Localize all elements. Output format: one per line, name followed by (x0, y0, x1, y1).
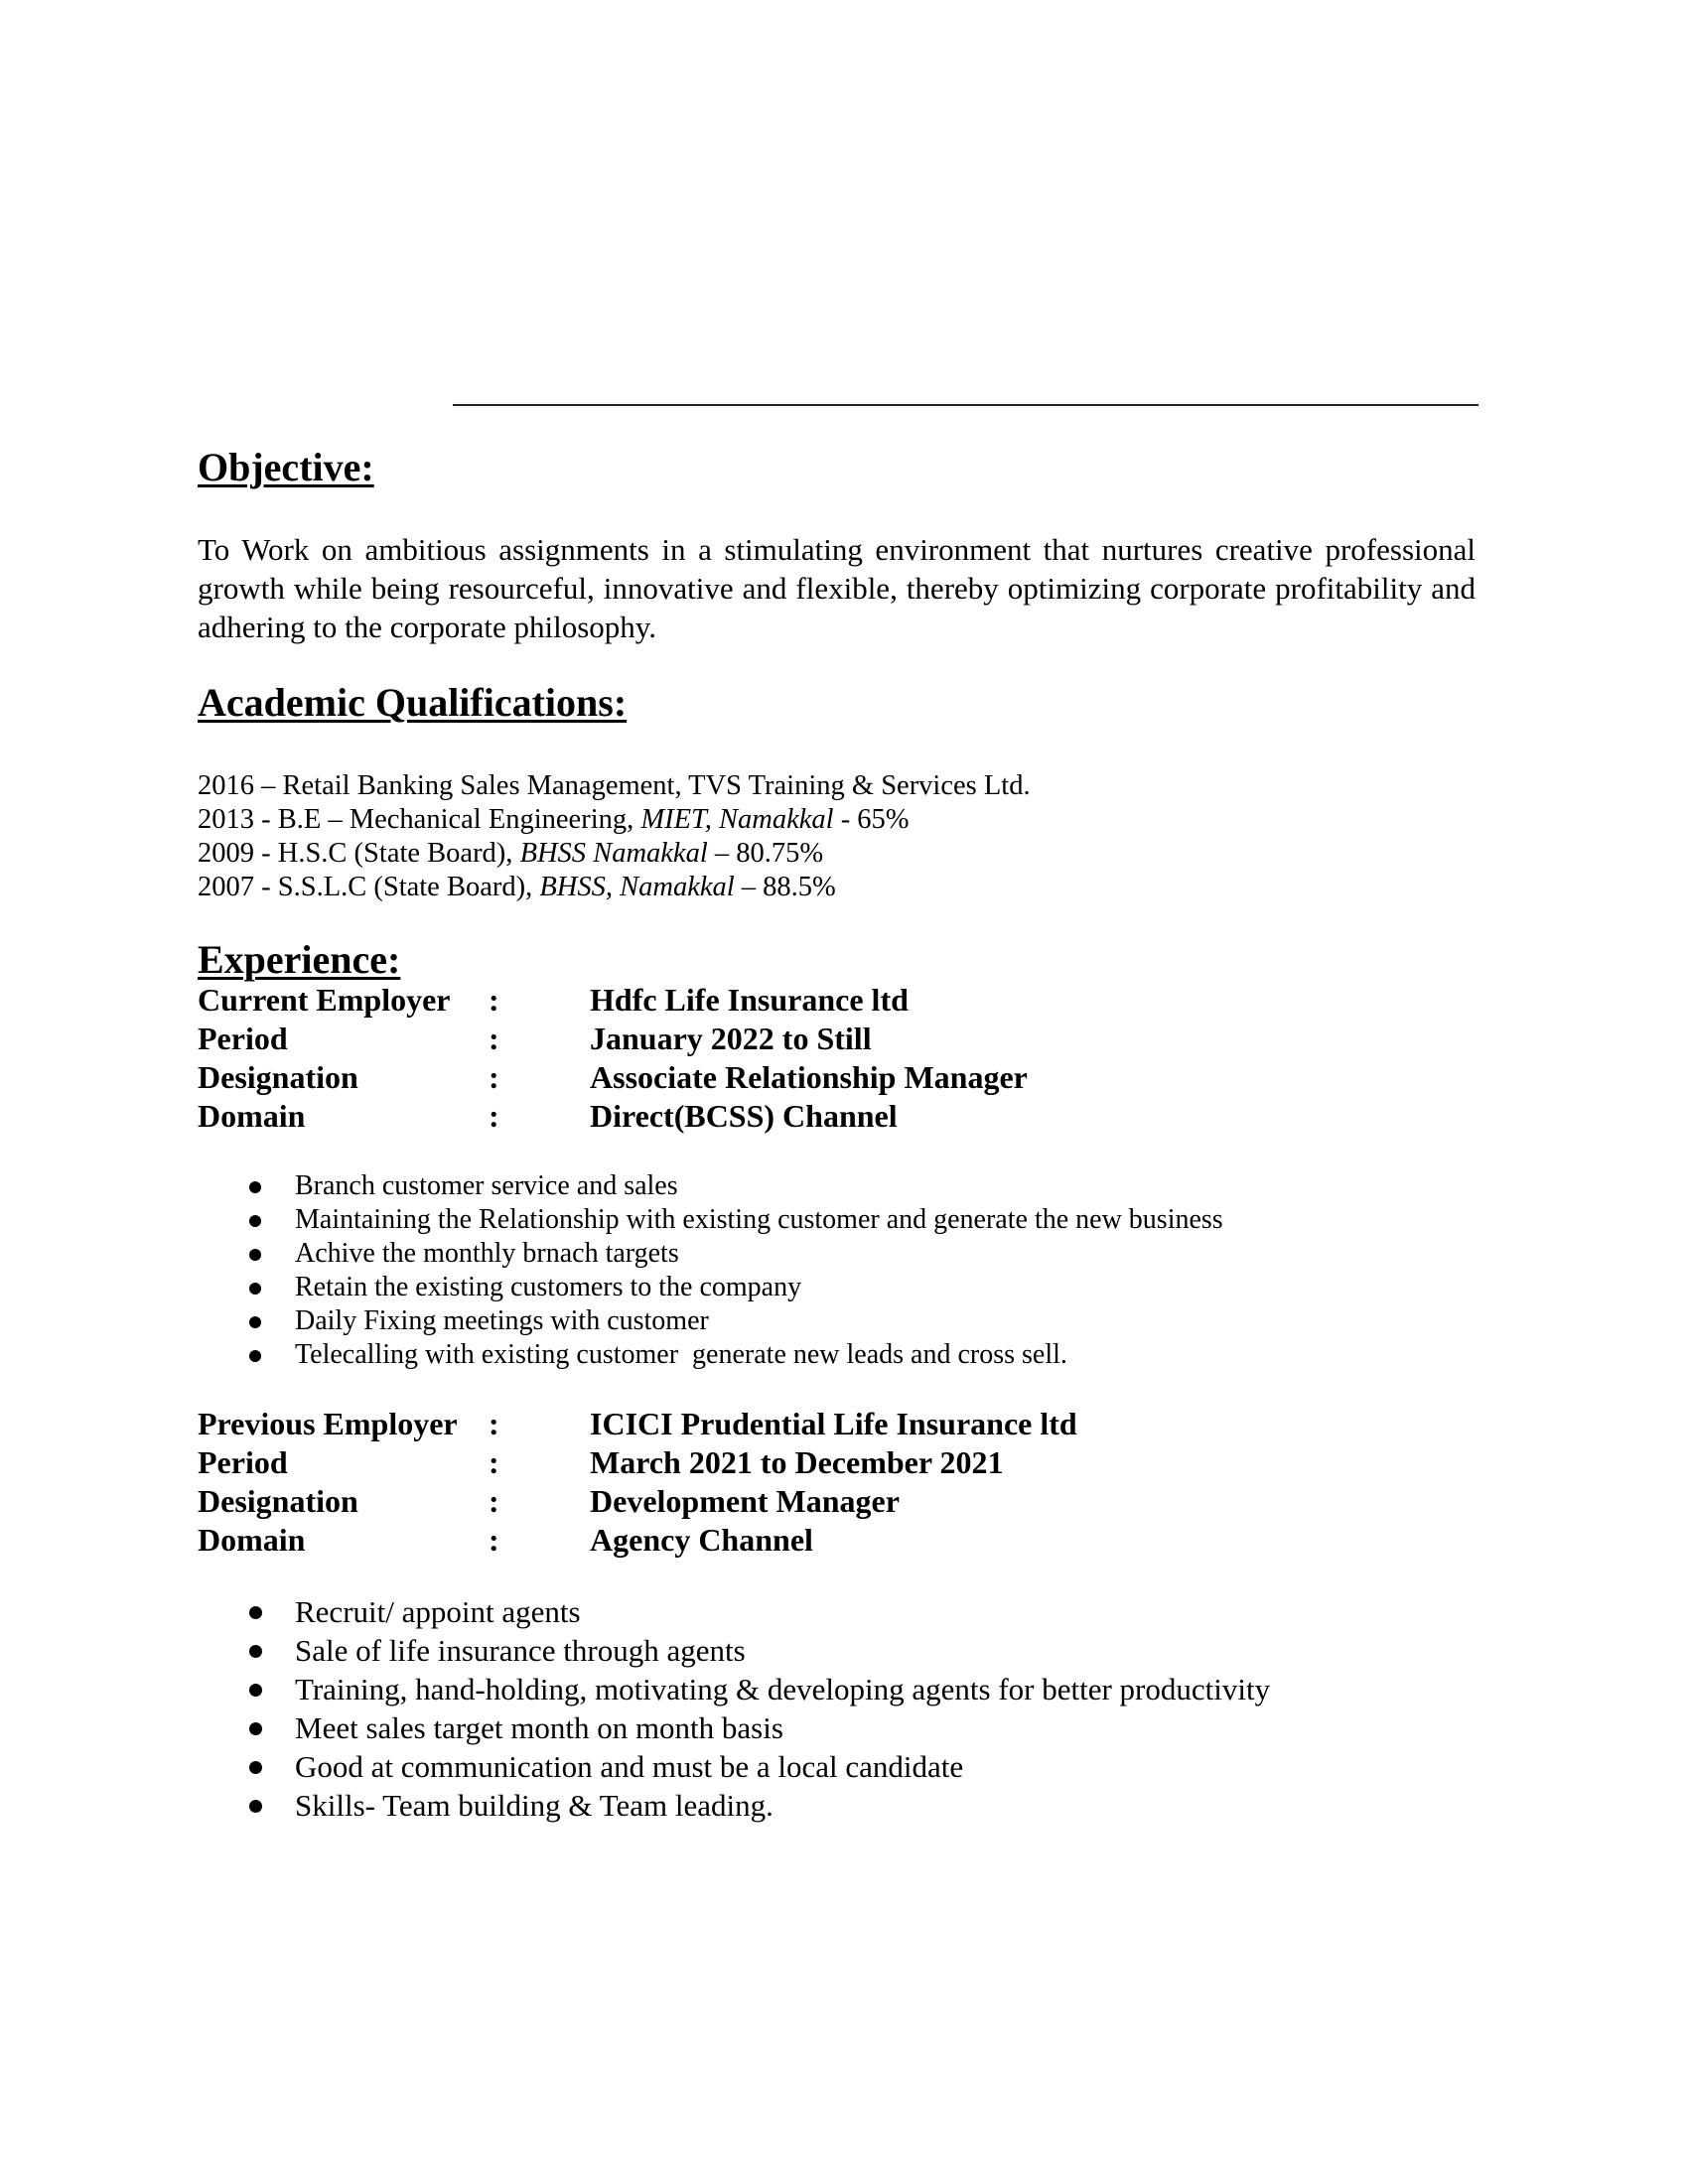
detail-row: Period:March 2021 to December 2021 (198, 1443, 1077, 1482)
list-item: Achive the monthly brnach targets (198, 1237, 1223, 1271)
bullet-icon (198, 1592, 295, 1631)
list-item: Training, hand-holding, motivating & dev… (198, 1670, 1270, 1708)
academic-item: 2016 – Retail Banking Sales Management, … (198, 769, 1031, 803)
detail-row: Current Employer:Hdfc Life Insurance ltd (198, 981, 1028, 1020)
list-item: Branch customer service and sales (198, 1169, 1223, 1203)
bullet-icon (198, 1338, 295, 1372)
detail-row: Previous Employer:ICICI Prudential Life … (198, 1405, 1077, 1443)
list-item: Sale of life insurance through agents (198, 1631, 1270, 1670)
list-item: Good at communication and must be a loca… (198, 1747, 1270, 1786)
current-responsibilities-list: Branch customer service and sales Mainta… (198, 1169, 1223, 1372)
academic-item: 2009 - H.S.C (State Board), BHSS Namakka… (198, 837, 1031, 871)
experience-heading: Experience: (198, 936, 400, 984)
list-item: Meet sales target month on month basis (198, 1708, 1270, 1747)
detail-row: Designation:Associate Relationship Manag… (198, 1058, 1028, 1097)
previous-employer-details: Previous Employer:ICICI Prudential Life … (198, 1405, 1077, 1560)
detail-row: Period:January 2022 to Still (198, 1020, 1028, 1058)
list-item: Retain the existing customers to the com… (198, 1271, 1223, 1304)
list-item: Telecalling with existing customer gener… (198, 1338, 1223, 1372)
list-item: Maintaining the Relationship with existi… (198, 1203, 1223, 1237)
objective-text: To Work on ambitious assignments in a st… (198, 530, 1476, 646)
academic-item: 2007 - S.S.L.C (State Board), BHSS, Nama… (198, 871, 1031, 904)
detail-row: Domain:Direct(BCSS) Channel (198, 1097, 1028, 1136)
header-divider (453, 404, 1478, 406)
bullet-icon (198, 1169, 295, 1203)
bullet-icon (198, 1708, 295, 1747)
bullet-icon (198, 1304, 295, 1338)
detail-row: Domain:Agency Channel (198, 1521, 1077, 1560)
academic-item: 2013 - B.E – Mechanical Engineering, MIE… (198, 803, 1031, 837)
bullet-icon (198, 1747, 295, 1786)
objective-heading: Objective: (198, 444, 374, 491)
detail-row: Designation:Development Manager (198, 1482, 1077, 1521)
bullet-icon (198, 1786, 295, 1825)
previous-responsibilities-list: Recruit/ appoint agents Sale of life ins… (198, 1592, 1270, 1825)
bullet-icon (198, 1271, 295, 1304)
bullet-icon (198, 1631, 295, 1670)
bullet-icon (198, 1203, 295, 1237)
academic-heading: Academic Qualifications: (198, 679, 627, 727)
list-item: Skills- Team building & Team leading. (198, 1786, 1270, 1825)
bullet-icon (198, 1670, 295, 1708)
bullet-icon (198, 1237, 295, 1271)
current-employer-details: Current Employer:Hdfc Life Insurance ltd… (198, 981, 1028, 1136)
academic-list: 2016 – Retail Banking Sales Management, … (198, 769, 1031, 904)
list-item: Daily Fixing meetings with customer (198, 1304, 1223, 1338)
list-item: Recruit/ appoint agents (198, 1592, 1270, 1631)
